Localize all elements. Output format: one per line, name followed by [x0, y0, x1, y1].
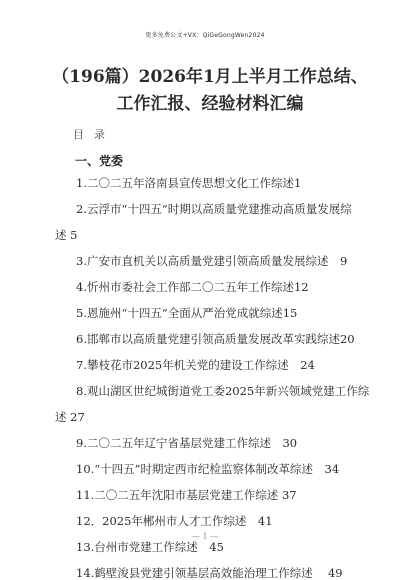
- page-number: — 1 —: [0, 532, 410, 541]
- toc-heading: 目录: [73, 126, 115, 142]
- title-line-2: 工作汇报、经验材料汇编: [20, 91, 400, 118]
- section-heading: 一、党委: [75, 152, 123, 169]
- document-title: （196篇）2026年1月上半月工作总结、 工作汇报、经验材料汇编: [20, 64, 400, 118]
- header-note: 更多免费公文+VX：QiGeGongWen2024: [0, 30, 410, 39]
- title-line-1: （196篇）2026年1月上半月工作总结、: [20, 64, 400, 91]
